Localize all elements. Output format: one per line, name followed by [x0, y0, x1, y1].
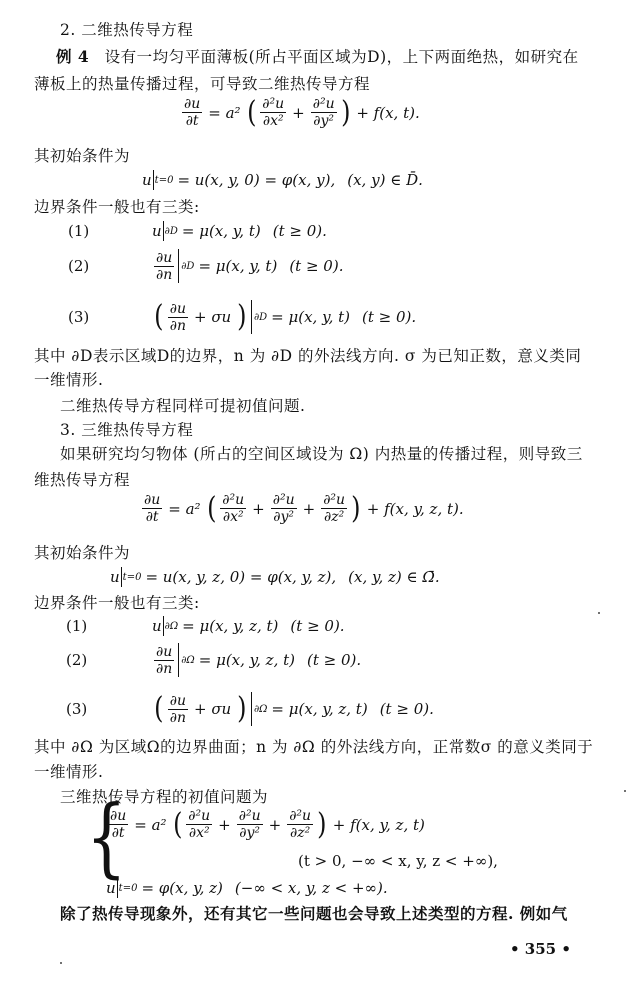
scan-speck [60, 962, 62, 964]
boundary-label: (1) [66, 617, 87, 635]
explanation-3d-line-1: 其中 ∂Ω 为区域Ω的边界曲面；n 为 ∂Ω 的外法线方向，正常数σ 的意义类同… [34, 737, 593, 757]
section-3-heading: 3. 三维热传导方程 [60, 420, 193, 440]
boundary-condition-3d-2: ∂u∂n ∂Ω = μ(x, y, z, t) (t ≥ 0). [152, 640, 361, 680]
page-number: • 355 • [510, 940, 571, 958]
boundary-label: (3) [68, 308, 89, 326]
section-3-intro-line-1: 如果研究均匀物体 (所占的空间区域设为 Ω) 内热量的传播过程，则导致三 [60, 444, 583, 464]
explanation-3d-line-2: 一维情形. [34, 762, 103, 782]
scan-speck [624, 790, 626, 792]
boundary-condition-2d-1: u∂D = μ(x, y, t) (t ≥ 0). [152, 219, 327, 243]
initial-condition-2d: ut=0 = u(x, y, 0) = φ(x, y), (x, y) ∈ D̄… [142, 168, 423, 192]
example-label: 例 4 [56, 47, 89, 66]
boundary-intro-3d: 边界条件一般也有三类: [34, 593, 200, 613]
boundary-intro-2d: 边界条件一般也有三类: [34, 197, 200, 217]
ivp-range: (t > 0, −∞ < x, y, z < +∞), [298, 852, 498, 870]
remark-2d: 二维热传导方程同样可提初值问题. [60, 396, 305, 416]
explanation-2d-line-1: 其中 ∂D表示区域D的边界，n 为 ∂D 的外法线方向. σ 为已知正数，意义类… [34, 346, 581, 366]
explanation-2d-line-2: 一维情形. [34, 370, 103, 390]
closing-line: 除了热传导现象外，还有其它一些问题也会导致上述类型的方程. 例如气 [60, 904, 568, 924]
example-4-line-2: 薄板上的热量传播过程，可导致二维热传导方程 [34, 74, 370, 94]
boundary-condition-2d-2: ∂u∂n ∂D = μ(x, y, t) (t ≥ 0). [152, 246, 343, 286]
initial-condition-intro-3d: 其初始条件为 [34, 543, 130, 563]
equation-3d-heat: ∂u∂t = a² ( ∂²u∂x² + ∂²u∂y² + ∂²u∂z² ) +… [140, 492, 464, 525]
book-page: 2. 二维热传导方程 例 4 设有一均匀平面薄板(所占平面区域为D)，上下两面绝… [0, 0, 640, 988]
fraction: ∂u∂t [182, 96, 202, 129]
boundary-label: (2) [66, 651, 87, 669]
example-4-line-1: 例 4 设有一均匀平面薄板(所占平面区域为D)，上下两面绝热，如研究在 [56, 47, 579, 67]
ivp-equation: ∂u∂t = a² ( ∂²u∂x² + ∂²u∂y² + ∂²u∂z² ) +… [106, 808, 425, 841]
initial-condition-3d: ut=0 = u(x, y, z, 0) = φ(x, y, z), (x, y… [110, 565, 440, 589]
boundary-label: (2) [68, 257, 89, 275]
example-text: 设有一均匀平面薄板(所占平面区域为D)，上下两面绝热，如研究在 [105, 48, 579, 66]
section-3-intro-line-2: 维热传导方程 [34, 470, 130, 490]
ivp-initial-condition: ut=0 = φ(x, y, z) (−∞ < x, y, z < +∞). [106, 876, 388, 900]
equation-2d-heat: ∂u∂t = a² ( ∂²u∂x² + ∂²u∂y² ) + f(x, t). [180, 96, 420, 129]
boundary-condition-3d-3: ( ∂u∂n + σu ) ∂Ω = μ(x, y, z, t) (t ≥ 0)… [152, 689, 434, 729]
section-2-heading: 2. 二维热传导方程 [60, 20, 193, 40]
boundary-condition-2d-3: ( ∂u∂n + σu ) ∂D = μ(x, y, t) (t ≥ 0). [152, 297, 416, 337]
boundary-label: (3) [66, 700, 87, 718]
boundary-condition-3d-1: u∂Ω = μ(x, y, z, t) (t ≥ 0). [152, 614, 345, 638]
boundary-label: (1) [68, 222, 89, 240]
scan-speck [598, 612, 600, 614]
initial-condition-intro: 其初始条件为 [34, 146, 130, 166]
